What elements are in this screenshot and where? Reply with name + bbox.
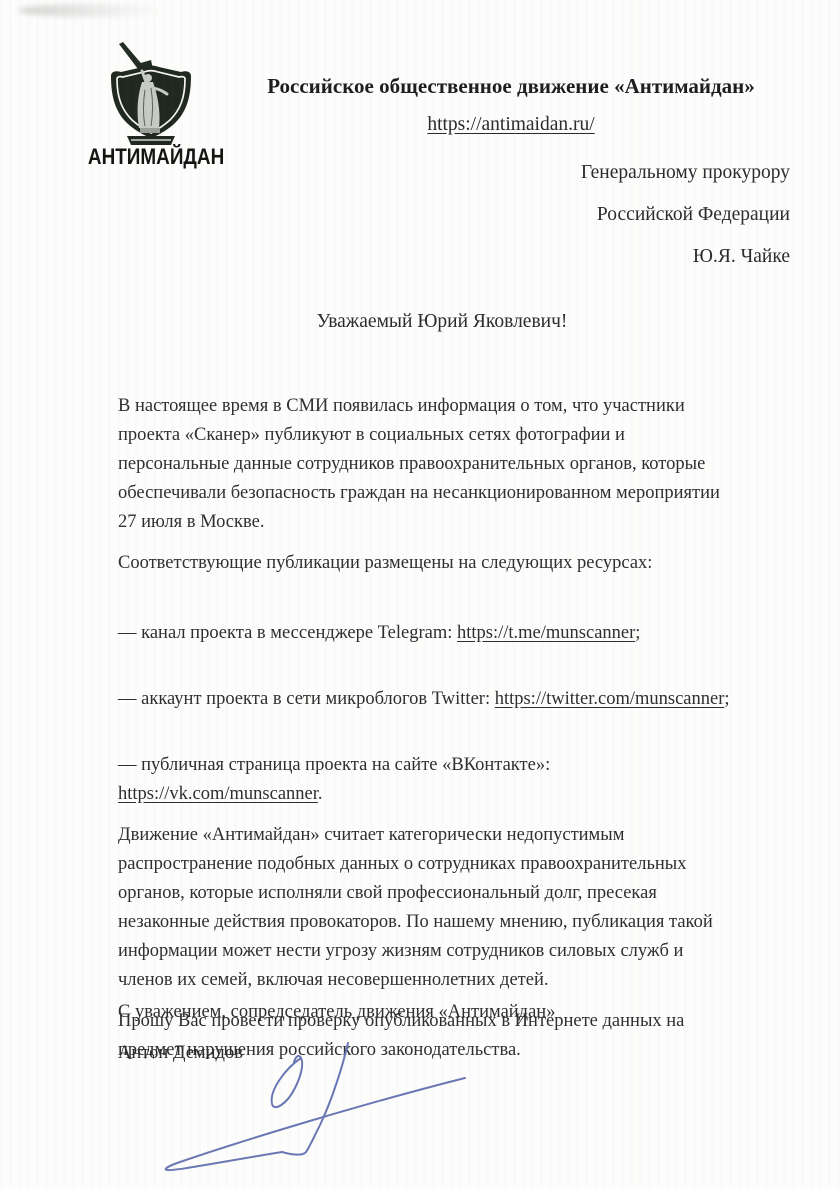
resource-text: — публичная страница проекта на сайте «В… <box>118 755 550 775</box>
resource-suffix: . <box>318 784 323 804</box>
paragraph-intro: В настоящее время в СМИ появилась информ… <box>118 392 820 537</box>
resource-item-telegram: — канал проекта в мессенджере Telegram: … <box>118 590 820 648</box>
scan-artifact-smudge <box>18 4 168 17</box>
org-logo: АНТИМАЙДАН <box>85 36 225 148</box>
paragraph-resources-intro: Соответствующие публикации размещены на … <box>118 549 820 578</box>
resource-item-vkontakte: — публичная страница проекта на сайте «В… <box>118 722 820 809</box>
recipient-line: Генеральному прокурору <box>581 152 790 194</box>
org-name: Российское общественное движение «Антима… <box>215 74 807 99</box>
org-website: https://antimaidan.ru/ <box>215 114 807 136</box>
paragraph-position: Движение «Антимайдан» считает категориче… <box>118 821 820 995</box>
resource-link-twitter: https://twitter.com/munscanner <box>495 689 725 709</box>
scanned-letter-page: АНТИМАЙДАН Российское общественное движе… <box>0 0 840 1188</box>
org-website-link: https://antimaidan.ru/ <box>427 114 594 135</box>
recipient-block: Генеральному прокурору Российской Федера… <box>581 152 790 278</box>
resource-link-vkontakte: https://vk.com/munscanner <box>118 784 318 804</box>
resource-text: — аккаунт проекта в сети микроблогов Twi… <box>118 689 495 709</box>
closing-line: С уважением, сопредседатель движения «Ан… <box>118 1002 555 1023</box>
letter-body: В настоящее время в СМИ появилась информ… <box>118 392 820 1077</box>
resource-suffix: ; <box>635 623 640 643</box>
logo-caption: АНТИМАЙДАН <box>88 144 222 170</box>
resource-suffix: ; <box>724 689 729 709</box>
salutation: Уважаемый Юрий Яковлевич! <box>118 311 766 333</box>
recipient-line: Российской Федерации <box>581 194 790 236</box>
signer-name: Антон Демидов <box>118 1043 243 1064</box>
recipient-line: Ю.Я. Чайке <box>581 236 790 278</box>
antimaidan-shield-icon <box>93 36 218 148</box>
resource-item-twitter: — аккаунт проекта в сети микроблогов Twi… <box>118 656 820 714</box>
resource-link-telegram: https://t.me/munscanner <box>457 623 635 643</box>
resource-text: — канал проекта в мессенджере Telegram: <box>118 623 457 643</box>
